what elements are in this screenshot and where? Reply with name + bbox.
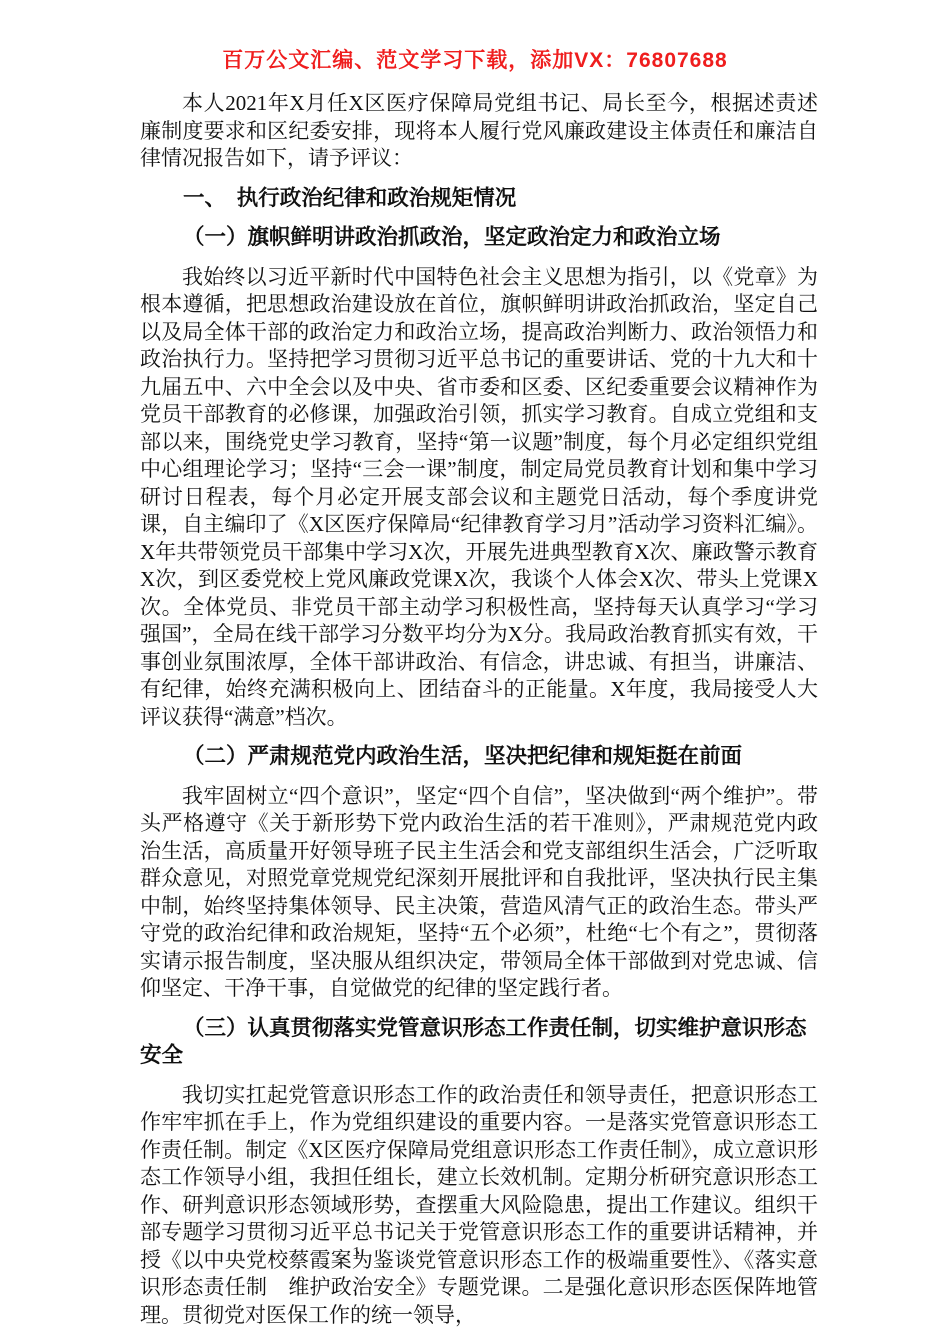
heading-subsection-1-3: （三）认真贯彻落实党管意识形态工作责任制，切实维护意识形态安全 xyxy=(140,1015,818,1070)
heading-subsection-1-1: （一）旗帜鲜明讲政治抓政治，坚定政治定力和政治立场 xyxy=(140,224,818,252)
paragraph-subsection-1-2: 我牢固树立“四个意识”，坚定“四个自信”，坚决做到“两个维护”。带头严格遵守《关… xyxy=(140,783,818,1003)
heading-section-1: 一、 执行政治纪律和政治规矩情况 xyxy=(140,185,818,213)
heading-subsection-1-2: （二）严肃规范党内政治生活，坚决把纪律和规矩挺在前面 xyxy=(140,743,818,771)
promo-banner: 百万公文汇编、范文学习下载，添加VX：76807688 xyxy=(0,0,950,74)
paragraph-subsection-1-3: 我切实扛起党管意识形态工作的政治责任和领导责任，把意识形态工作牢牢抓在手上，作为… xyxy=(140,1082,818,1330)
paragraph-subsection-1-1: 我始终以习近平新时代中国特色社会主义思想为指引，以《党章》为根本遵循，把思想政治… xyxy=(140,264,818,732)
page-number: 1 xyxy=(352,1243,361,1264)
paragraph-intro: 本人2021年X月任X区医疗保障局党组书记、局长至今，根据述责述廉制度要求和区纪… xyxy=(140,90,818,173)
document-body: 本人2021年X月任X区医疗保障局党组书记、局长至今，根据述责述廉制度要求和区纪… xyxy=(140,90,818,1329)
document-page: 百万公文汇编、范文学习下载，添加VX：76807688 本人2021年X月任X区… xyxy=(0,0,950,1344)
